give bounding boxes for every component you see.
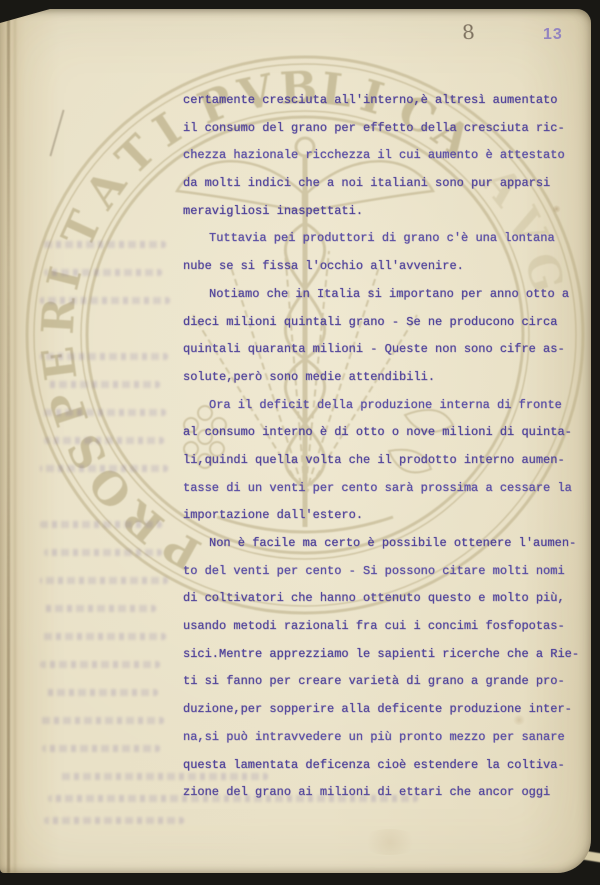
scanner-background: PROSPERITATIPVBLICAAVG (0, 0, 600, 885)
text-line: Ora il deficit della produzione interna … (183, 392, 585, 420)
seal-letter: T (52, 204, 112, 255)
document-page: PROSPERITATIPVBLICAAVG (0, 9, 591, 873)
text-line: nube se si fissa l'occhio all'avvenire. (183, 253, 585, 281)
text-line: tasse di un venti per cento sarà prossim… (183, 475, 585, 503)
text-line: zione del grano ai milioni di ettari che… (183, 779, 585, 807)
page-edge-crease (14, 9, 16, 873)
seal-letter: A (75, 161, 136, 218)
seal-letter: R (113, 490, 174, 553)
text-line: questa lamentata deficenza cioè estender… (183, 752, 585, 780)
seal-letter: P (40, 385, 99, 432)
text-line: Notiamo che in Italia si importano per a… (183, 281, 585, 309)
text-line: sici.Mentre apprezziamo le sapienti rice… (183, 641, 585, 669)
typed-text-block: certamente cresciuta all'interno,è altre… (183, 87, 585, 807)
page-edge-crease (7, 9, 10, 873)
text-line: quintali quaranta milioni - Queste non s… (183, 336, 585, 364)
text-line: duzione,per sopperire alla deficente pro… (183, 696, 585, 724)
text-line: importazione dall'estero. (183, 502, 585, 530)
text-line: li,quindi quella volta che il prodotto i… (183, 447, 585, 475)
seal-letter: S (58, 425, 118, 477)
pencil-mark (49, 110, 64, 157)
text-line: certamente cresciuta all'interno,è altre… (183, 87, 585, 115)
text-line: di coltivatori che hanno ottenuto questo… (183, 585, 585, 613)
text-line: na,si può intravvedere un più pronto mez… (183, 724, 585, 752)
text-line: to del venti per cento - Si possono cita… (183, 558, 585, 586)
text-line: chezza hazionale ricchezza il cui aument… (183, 142, 585, 170)
seal-letter: T (107, 126, 166, 185)
seal-letter: R (33, 296, 86, 335)
seal-letter: E (33, 343, 88, 383)
text-line: dieci milioni quintali grano - Se ne pro… (183, 309, 585, 337)
text-line: solute,però sono medie attendibili. (183, 364, 585, 392)
seal-letter: I (38, 262, 92, 294)
seal-letter: O (79, 456, 143, 518)
text-line: usando metodi razionali fra cui i concim… (183, 613, 585, 641)
text-line: Tuttavia pei produttori di grano c'è una… (183, 225, 585, 253)
text-line: da molti indici che a noi italiani sono … (183, 170, 585, 198)
stain (360, 829, 420, 855)
text-line: al consumo interno è di otto o nove mili… (183, 419, 585, 447)
text-line: meravigliosi inaspettati. (183, 198, 585, 226)
text-line: ti si fanno per creare varietà di grano … (183, 668, 585, 696)
text-line: il consumo del grano per effetto della c… (183, 115, 585, 143)
text-line: Non è facile ma certo è possibile ottene… (183, 530, 585, 558)
pencil-page-number: 8 (461, 20, 475, 45)
stamped-folio-number: 13 (543, 26, 563, 44)
